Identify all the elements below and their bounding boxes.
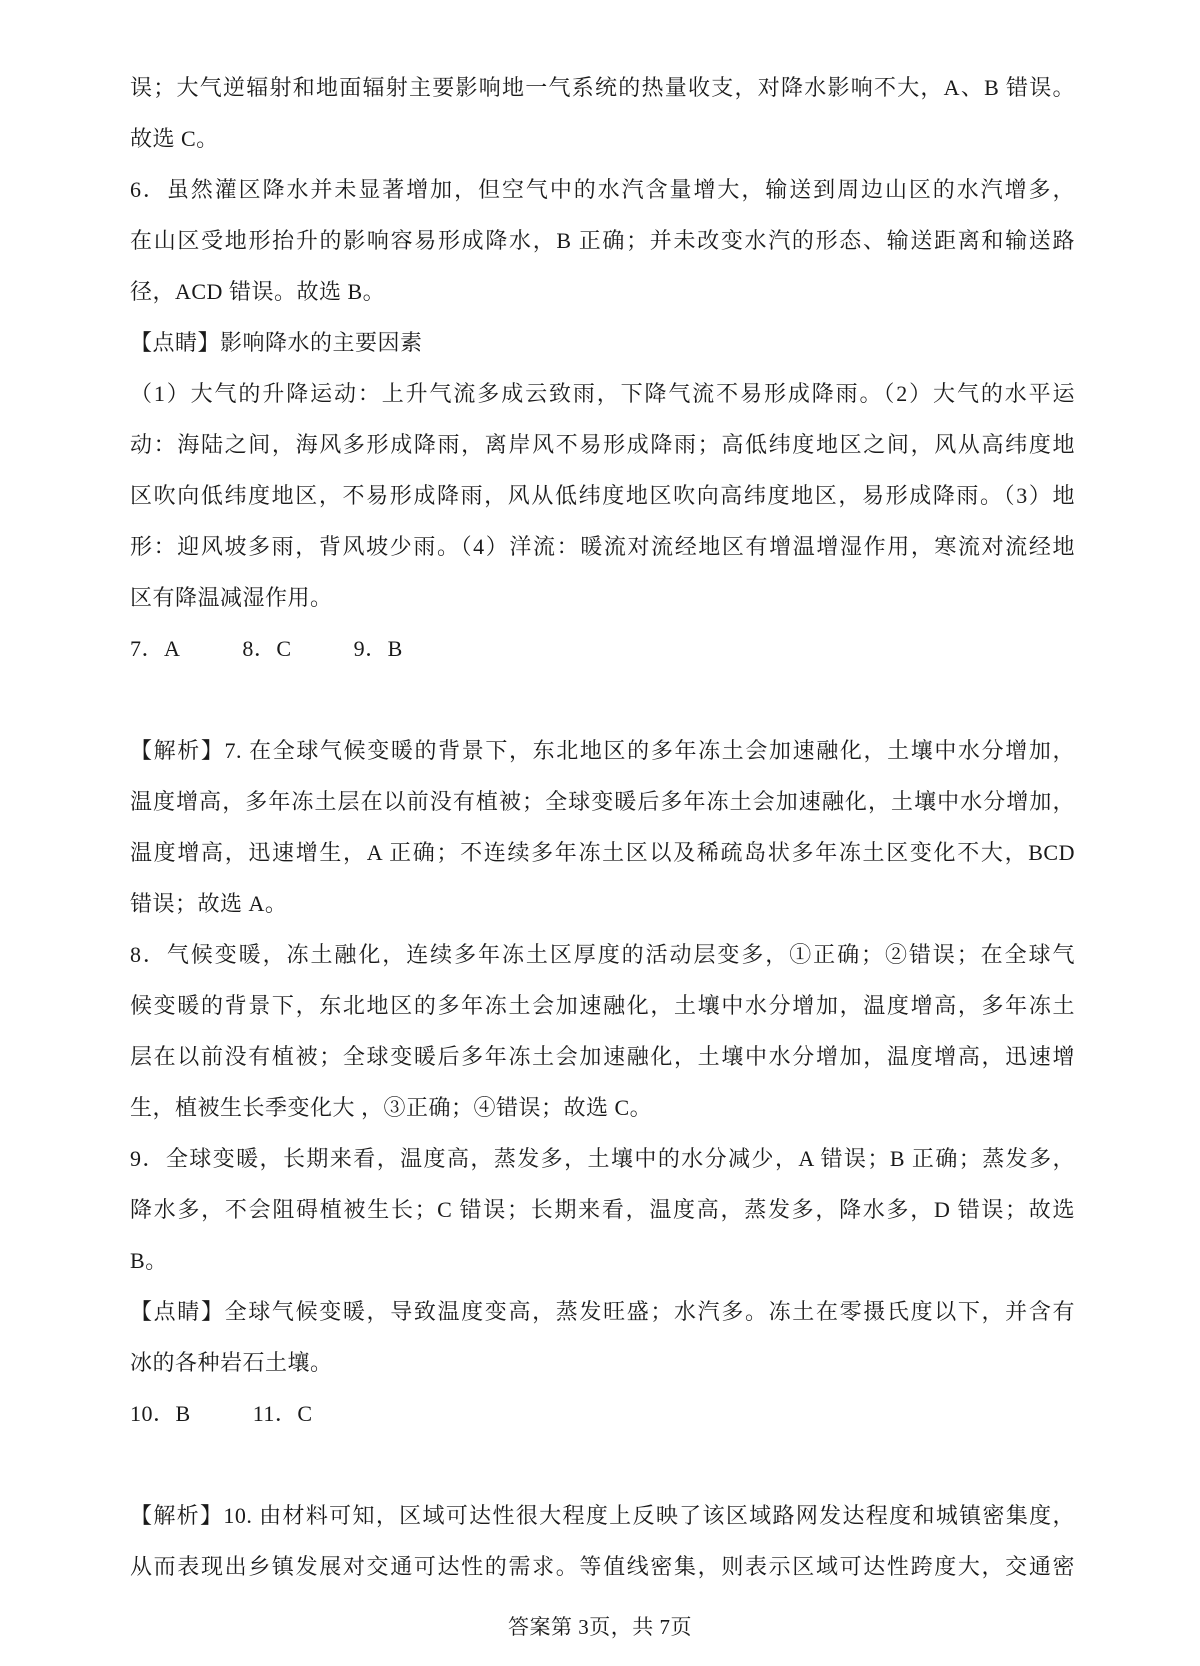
answer-item: 8．C (242, 623, 291, 674)
answer-item: 9．B (354, 623, 403, 674)
text-line: 动：海陆之间，海风多形成降雨，离岸风不易形成降雨；高低纬度地区之间，风从高纬度地 (130, 419, 1075, 470)
text-line: 生，植被生长季变化大 ，③正确；④错误；故选 C。 (130, 1082, 1075, 1133)
answer-key-line: 10．B11．C (130, 1388, 1075, 1439)
text-line: 径，ACD 错误。故选 B。 (130, 266, 1075, 317)
text-line: 【解析】10. 由材料可知，区域可达性很大程度上反映了该区域路网发达程度和城镇密… (130, 1490, 1075, 1541)
answer-item: 10．B (130, 1388, 191, 1439)
text-line: 误；大气逆辐射和地面辐射主要影响地一气系统的热量收支，对降水影响不大，A、B 错… (130, 62, 1075, 113)
text-line: 形：迎风坡多雨，背风坡少雨。（4）洋流：暖流对流经地区有增温增湿作用，寒流对流经… (130, 521, 1075, 572)
answer-item: 7．A (130, 623, 180, 674)
blank-line (130, 1439, 1075, 1490)
text-line: 错误；故选 A。 (130, 878, 1075, 929)
text-line: 【解析】7. 在全球气候变暖的背景下，东北地区的多年冻土会加速融化，土壤中水分增… (130, 725, 1075, 776)
blank-line (130, 674, 1075, 725)
text-line: B。 (130, 1235, 1075, 1286)
text-line: 6．虽然灌区降水并未显著增加，但空气中的水汽含量增大，输送到周边山区的水汽增多， (130, 164, 1075, 215)
text-line: 区吹向低纬度地区，不易形成降雨，风从低纬度地区吹向高纬度地区，易形成降雨。（3）… (130, 470, 1075, 521)
document-body: 误；大气逆辐射和地面辐射主要影响地一气系统的热量收支，对降水影响不大，A、B 错… (130, 62, 1075, 1592)
text-line: 冰的各种岩石土壤。 (130, 1337, 1075, 1388)
text-line: 9．全球变暖，长期来看，温度高，蒸发多，土壤中的水分减少，A 错误；B 正确；蒸… (130, 1133, 1075, 1184)
text-line: 温度增高，多年冻土层在以前没有植被；全球变暖后多年冻土会加速融化，土壤中水分增加… (130, 776, 1075, 827)
text-line: 【点睛】影响降水的主要因素 (130, 317, 1075, 368)
text-line: 在山区受地形抬升的影响容易形成降水，B 正确；并未改变水汽的形态、输送距离和输送… (130, 215, 1075, 266)
text-line: 从而表现出乡镇发展对交通可达性的需求。等值线密集，则表示区域可达性跨度大，交通密 (130, 1541, 1075, 1592)
text-line: 层在以前没有植被；全球变暖后多年冻土会加速融化，土壤中水分增加，温度增高，迅速增 (130, 1031, 1075, 1082)
text-line: 故选 C。 (130, 113, 1075, 164)
document-page: 误；大气逆辐射和地面辐射主要影响地一气系统的热量收支，对降水影响不大，A、B 错… (0, 0, 1200, 1666)
text-line: （1）大气的升降运动：上升气流多成云致雨，下降气流不易形成降雨。（2）大气的水平… (130, 368, 1075, 419)
text-line: 【点睛】全球气候变暖，导致温度变高，蒸发旺盛；水汽多。冻土在零摄氏度以下，并含有 (130, 1286, 1075, 1337)
text-line: 区有降温减湿作用。 (130, 572, 1075, 623)
text-line: 8．气候变暖，冻土融化，连续多年冻土区厚度的活动层变多，①正确；②错误；在全球气 (130, 929, 1075, 980)
answer-key-line: 7．A8．C9．B (130, 623, 1075, 674)
text-line: 温度增高，迅速增生，A 正确；不连续多年冻土区以及稀疏岛状多年冻土区变化不大，B… (130, 827, 1075, 878)
text-line: 候变暖的背景下，东北地区的多年冻土会加速融化，土壤中水分增加，温度增高，多年冻土 (130, 980, 1075, 1031)
text-line: 降水多，不会阻碍植被生长；C 错误；长期来看，温度高，蒸发多，降水多，D 错误；… (130, 1184, 1075, 1235)
page-footer: 答案第 3页，共 7页 (0, 1602, 1200, 1653)
answer-item: 11．C (253, 1388, 313, 1439)
